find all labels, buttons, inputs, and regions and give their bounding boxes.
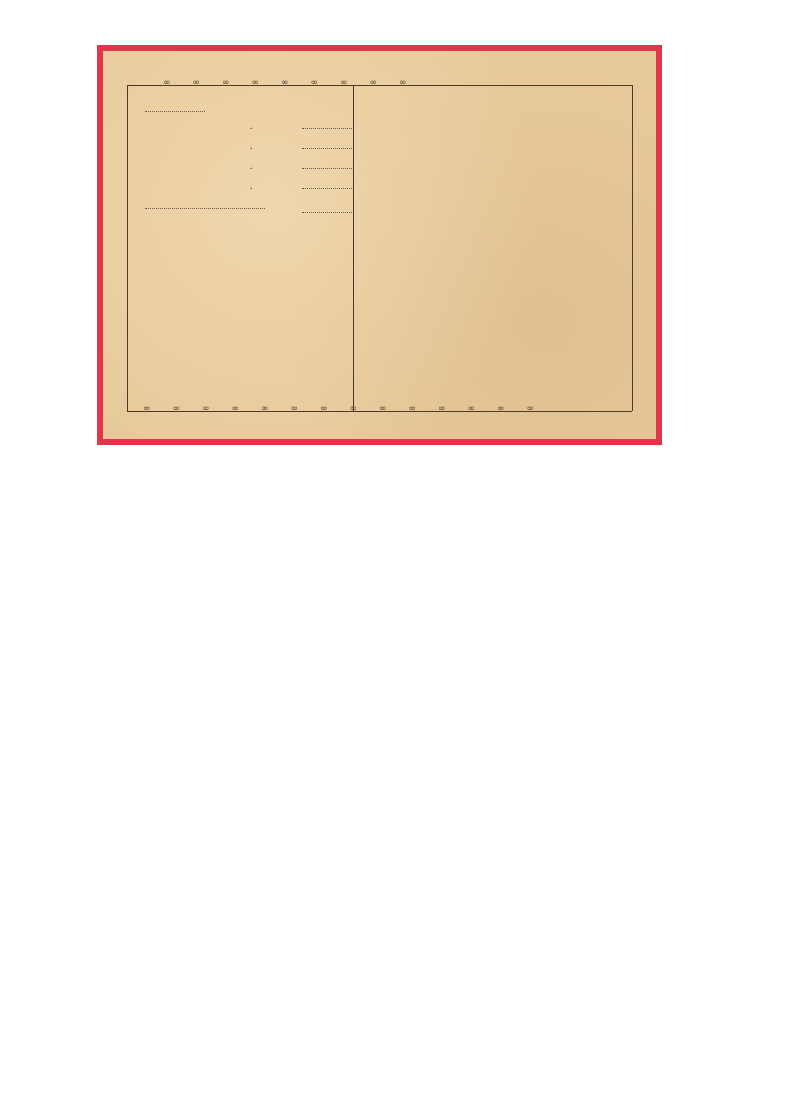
card-divider [353, 85, 354, 411]
ornamental-border-right [632, 85, 633, 411]
form-row-blank [145, 201, 352, 213]
form-row-secours: . [145, 161, 352, 172]
ornamental-border-left [127, 85, 128, 411]
scroll-ornament-icon: ∞∞∞∞∞∞∞∞∞ [163, 78, 428, 88]
postcard-bellevue: ∞∞∞∞∞∞∞∞∞ ∞∞∞∞∞∞∞∞∞∞∞∞∞∞ . . . . [103, 51, 656, 439]
form-row-affranchissement: . [145, 181, 352, 192]
scroll-ornament-icon: ∞∞∞∞∞∞∞∞∞∞∞∞∞∞ [143, 404, 556, 414]
cotisation-row [145, 101, 209, 116]
form-row-caisse: . [145, 121, 352, 132]
form-row-section: . [145, 141, 352, 152]
